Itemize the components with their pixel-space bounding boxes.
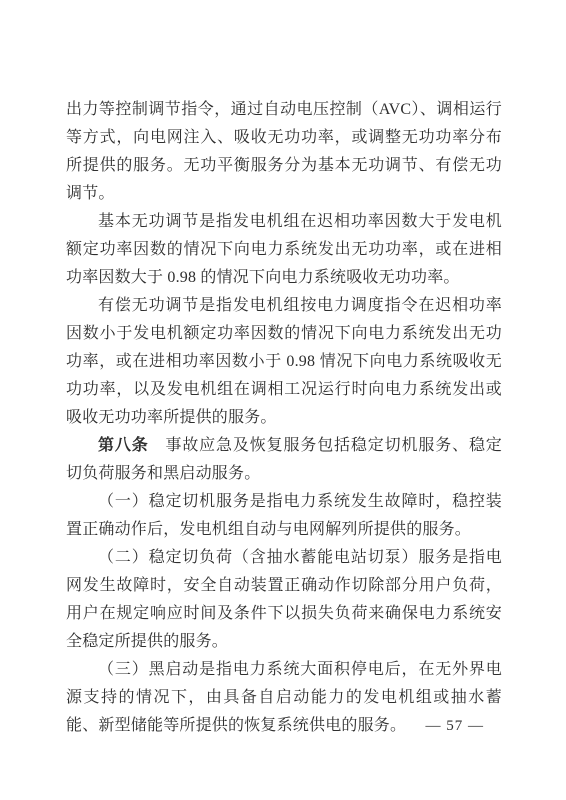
paragraph-item-2-stable-load-shedding: （二）稳定切负荷（含抽水蓄能电站切泵）服务是指电网发生故障时，安全自动装置正确动… (66, 544, 502, 656)
paragraph-basic-reactive-regulation: 基本无功调节是指发电机组在迟相功率因数大于发电机额定功率因数的情况下向电力系统发… (66, 208, 502, 292)
paragraph-item-1-stable-unit-tripping: （一）稳定切机服务是指电力系统发生故障时，稳控装置正确动作后，发电机组自动与电网… (66, 488, 502, 544)
paragraph-continuation: 出力等控制调节指令，通过自动电压控制（AVC）、调相运行等方式，向电网注入、吸收… (66, 96, 502, 208)
article-8-number: 第八条 (98, 437, 149, 454)
document-page: 出力等控制调节指令，通过自动电压控制（AVC）、调相运行等方式，向电网注入、吸收… (0, 0, 566, 800)
page-number: — 57 — (426, 716, 485, 736)
body-text: 出力等控制调节指令，通过自动电压控制（AVC）、调相运行等方式，向电网注入、吸收… (66, 96, 502, 740)
paragraph-article-8: 第八条 事故应急及恢复服务包括稳定切机服务、稳定切负荷服务和黑启动服务。 (66, 432, 502, 488)
paragraph-paid-reactive-regulation: 有偿无功调节是指发电机组按电力调度指令在迟相功率因数小于发电机额定功率因数的情况… (66, 292, 502, 432)
